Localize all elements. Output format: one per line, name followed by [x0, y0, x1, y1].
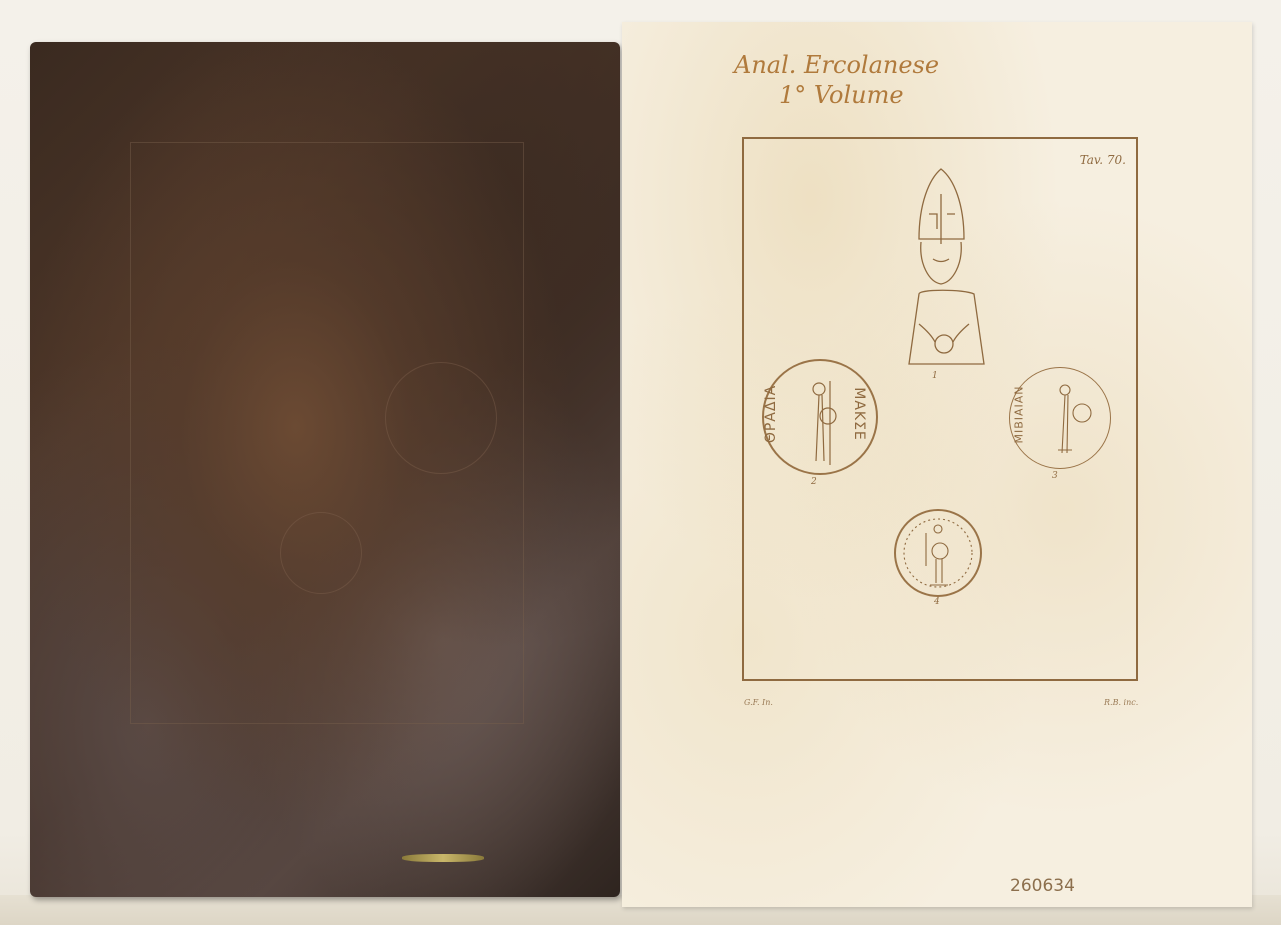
plate-medallion-1 — [385, 362, 497, 474]
figure-number-1: 1 — [932, 371, 938, 381]
credit-right: R.B. inc. — [1104, 698, 1138, 707]
armed-figure-icon — [896, 511, 980, 595]
coin-4 — [894, 509, 982, 597]
print-sheet: Anal. Ercolanese 1° Volume Tav. 70. 1 ΘΡ… — [622, 22, 1252, 907]
athena-figure-icon — [764, 361, 876, 473]
plate-medallion-2 — [280, 512, 362, 594]
plate-number: Tav. 70. — [1080, 153, 1126, 167]
copper-plate — [30, 42, 620, 897]
coin-2: ΘΡΑΔΙΑ ΜΑΚΣΕ — [762, 359, 878, 475]
inscription-line-2: 1° Volume — [734, 80, 939, 110]
figure-number-4: 4 — [934, 597, 940, 607]
figure-number-2: 2 — [811, 477, 817, 487]
catalog-number: 260634 — [1010, 876, 1075, 896]
coin-3: ΜΙΒΙΑΙΑΝ — [1009, 367, 1111, 469]
athena-bust-icon — [889, 164, 994, 369]
plate-scratch-mark — [402, 854, 484, 862]
credit-left: G.F. In. — [744, 698, 773, 707]
print-frame: Tav. 70. 1 ΘΡΑΔΙΑ ΜΑΚΣΕ — [742, 137, 1138, 681]
handwritten-inscription: Anal. Ercolanese 1° Volume — [734, 50, 939, 110]
figure-number-3: 3 — [1052, 471, 1058, 481]
shield-bearer-icon — [1010, 368, 1110, 468]
inscription-line-1: Anal. Ercolanese — [734, 50, 939, 80]
